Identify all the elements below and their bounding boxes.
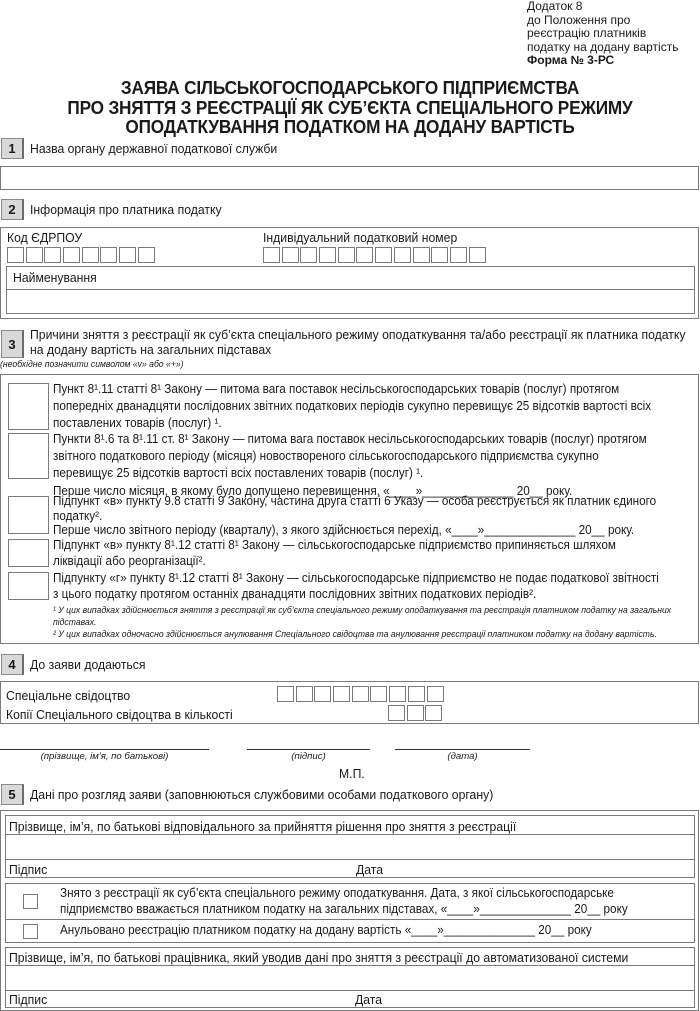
name-label: Найменування (13, 270, 97, 285)
reason-5-text: Підпункту «г» пункту 8¹.12 статті 8¹ Зак… (53, 570, 659, 602)
date-label-2: Дата (355, 992, 382, 1007)
edrpou-digit-cell[interactable] (138, 247, 155, 263)
vat-annulled-checkbox[interactable] (23, 924, 38, 939)
annex-line: Додаток 8 (527, 0, 678, 14)
divider (6, 990, 694, 991)
operator-name-field[interactable] (6, 966, 694, 990)
responsible-name-field[interactable] (6, 835, 694, 859)
responsible-block: Прізвище, ім’я, по батькові відповідальн… (5, 815, 695, 878)
operator-label: Прізвище, ім’я, по батькові працівника, … (9, 950, 628, 965)
edrpou-digit-cell[interactable] (26, 247, 43, 263)
reason-line: Пункт 8¹.11 статті 8¹ Закону — питома ва… (53, 381, 651, 398)
reason-date-line: Перше число звітного періоду (кварталу),… (53, 523, 656, 538)
reason-line: Підпункту «г» пункту 8¹.12 статті 8¹ Зак… (53, 570, 659, 586)
form-number: Форма № 3-РС (527, 54, 678, 68)
signature-caption: (підпис) (247, 751, 370, 762)
reason-2-text: Пункти 8¹.6 та 8¹.11 ст. 8¹ Закону — пит… (53, 431, 647, 500)
title-line: ПРО ЗНЯТТЯ З РЕЄСТРАЦІЇ ЯК СУБ’ЄКТА СПЕЦ… (25, 98, 676, 118)
section-title-1: Назва органу державної податкової служби (30, 141, 277, 156)
taxpayer-info-box: Код ЄДРПОУ Індивідуальний податковий ном… (0, 227, 699, 319)
certificate-label: Спеціальне свідоцтво (6, 688, 130, 703)
section-number-2: 2 (1, 199, 24, 220)
applicant-name-caption: (прізвище, ім'я, по батькові) (0, 751, 209, 762)
tax-authority-name-field[interactable] (0, 166, 699, 190)
certificate-digit-cell[interactable] (277, 686, 294, 702)
reason-4-checkbox[interactable] (8, 539, 49, 567)
reason-line: поставлених товарів (послуг) ¹. (53, 415, 651, 432)
ipn-digit-cell[interactable] (319, 247, 336, 263)
annex-header: Додаток 8 до Положення про реєстрацію пл… (527, 0, 678, 68)
ipn-digit-cell[interactable] (375, 247, 392, 263)
deregistered-checkbox[interactable] (23, 894, 38, 909)
reason-5-checkbox[interactable] (8, 572, 49, 600)
reason-line: з цього податку протягом останніх дванад… (53, 586, 659, 602)
certificate-digit-cell[interactable] (314, 686, 331, 702)
ipn-digit-cell[interactable] (469, 247, 486, 263)
reason-line: ліквідації або реорганізації². (53, 553, 616, 569)
certificate-digit-cell[interactable] (389, 686, 406, 702)
applicant-name-line[interactable] (0, 749, 209, 750)
section-title-3-line: Причини зняття з реєстрації як суб’єкта … (30, 327, 685, 342)
edrpou-code-field[interactable] (7, 247, 157, 263)
edrpou-digit-cell[interactable] (63, 247, 80, 263)
decisions-block: Знято з реєстрації як суб’єкта спеціальн… (5, 883, 695, 943)
ipn-digit-cell[interactable] (431, 247, 448, 263)
ipn-digit-cell[interactable] (450, 247, 467, 263)
section3-hint: (необхідне позначити символом «v» або «+… (0, 359, 184, 370)
divider (6, 859, 694, 860)
reason-line: Підпункт «в» пункту 8¹.12 статті 8¹ Зако… (53, 537, 616, 553)
section-number-3: 3 (1, 330, 24, 358)
reason-line: перевищує 25 відсотків вартості всіх пос… (53, 465, 647, 482)
annex-line: до Положення про (527, 14, 678, 28)
section-title-3: Причини зняття з реєстрації як суб’єкта … (30, 327, 685, 357)
certificate-digit-cell[interactable] (370, 686, 387, 702)
date-line[interactable] (395, 749, 530, 750)
reason-2-checkbox[interactable] (8, 433, 49, 479)
ipn-digit-cell[interactable] (356, 247, 373, 263)
copies-digit-cell[interactable] (407, 705, 424, 721)
reason-1-checkbox[interactable] (8, 383, 49, 430)
reason-3-text: Підпункт «в» пункту 9.8 статті 9 Закону,… (53, 494, 656, 538)
sign-label-2: Підпис (9, 992, 47, 1007)
reason-4-text: Підпункт «в» пункту 8¹.12 статті 8¹ Зако… (53, 537, 616, 569)
reason-line: Пункти 8¹.6 та 8¹.11 ст. 8¹ Закону — пит… (53, 431, 647, 448)
section-title-5: Дані про розгляд заяви (заповнюються слу… (30, 787, 493, 802)
document-title: ЗАЯВА СІЛЬСЬКОГОСПОДАРСЬКОГО ПІДПРИЄМСТВ… (25, 78, 676, 137)
copies-label: Копії Спеціального свідоцтва в кількості (6, 707, 233, 722)
copies-count-field[interactable] (388, 705, 444, 721)
section-title-2: Інформація про платника податку (30, 202, 222, 217)
ipn-digit-cell[interactable] (338, 247, 355, 263)
edrpou-digit-cell[interactable] (7, 247, 24, 263)
section-number-4: 4 (1, 654, 24, 675)
copies-digit-cell[interactable] (425, 705, 442, 721)
reason-line: попередніх дванадцяти послідовних звітни… (53, 398, 651, 415)
footnote-2: ² У цих випадках одночасно здійснюється … (53, 628, 671, 640)
responsible-label: Прізвище, ім’я, по батькові відповідальн… (9, 819, 516, 834)
footnote-1: ¹ У цих випадках здійснюється зняття з р… (53, 604, 671, 616)
certificate-digit-cell[interactable] (333, 686, 350, 702)
signature-line[interactable] (247, 749, 370, 750)
ipn-label: Індивідуальний податковий номер (263, 230, 457, 245)
ipn-digit-cell[interactable] (413, 247, 430, 263)
decision-line: Знято з реєстрації як суб’єкта спеціальн… (60, 885, 628, 901)
annex-line: реєстрацію платників (527, 27, 678, 41)
edrpou-digit-cell[interactable] (119, 247, 136, 263)
ipn-field[interactable] (263, 247, 487, 263)
name-label-row: Найменування (6, 266, 695, 290)
title-line: ЗАЯВА СІЛЬСЬКОГОСПОДАРСЬКОГО ПІДПРИЄМСТВ… (25, 78, 676, 98)
review-box: Прізвище, ім’я, по батькові відповідальн… (0, 810, 699, 1011)
ipn-digit-cell[interactable] (394, 247, 411, 263)
certificate-digit-cell[interactable] (408, 686, 425, 702)
footnotes: ¹ У цих випадках здійснюється зняття з р… (53, 604, 671, 640)
section-number-1: 1 (1, 138, 24, 159)
annex-line: податку на додану вартість (527, 41, 678, 55)
section-number-5: 5 (1, 784, 24, 805)
attachments-box: Спеціальне свідоцтво Копії Спеціального … (0, 681, 699, 724)
reason-line: звітного податкового періоду (місяця) но… (53, 448, 647, 465)
edrpou-digit-cell[interactable] (100, 247, 117, 263)
copies-digit-cell[interactable] (388, 705, 405, 721)
reasons-box: Пункт 8¹.11 статті 8¹ Закону — питома ва… (0, 374, 699, 644)
divider (6, 919, 694, 920)
operator-block: Прізвище, ім’я, по батькові працівника, … (5, 947, 695, 1008)
ipn-digit-cell[interactable] (300, 247, 317, 263)
certificate-digit-cell[interactable] (296, 686, 313, 702)
section-title-3-line: на додану вартість на загальних підстава… (30, 342, 685, 357)
edrpou-digit-cell[interactable] (44, 247, 61, 263)
vat-annulled-text: Анульовано реєстрацію платником податку … (60, 922, 592, 938)
section-title-4: До заяви додаються (30, 657, 146, 672)
ipn-digit-cell[interactable] (263, 247, 280, 263)
reason-3-checkbox[interactable] (8, 496, 49, 534)
reason-1-text: Пункт 8¹.11 статті 8¹ Закону — питома ва… (53, 381, 651, 432)
decision-line: підприємство вважається платником податк… (60, 901, 628, 917)
ipn-digit-cell[interactable] (282, 247, 299, 263)
sign-label: Підпис (9, 862, 47, 877)
certificate-digit-cell[interactable] (352, 686, 369, 702)
title-line: ОПОДАТКУВАННЯ ПОДАТКОМ НА ДОДАНУ ВАРТІСТ… (25, 117, 676, 137)
certificate-digit-cell[interactable] (427, 686, 444, 702)
edrpou-digit-cell[interactable] (82, 247, 99, 263)
date-caption: (дата) (395, 751, 530, 762)
certificate-number-field[interactable] (277, 686, 445, 702)
date-label: Дата (356, 862, 383, 877)
reason-line: Підпункт «в» пункту 9.8 статті 9 Закону,… (53, 494, 656, 509)
footnote-1-cont: підставах. (53, 616, 671, 628)
reason-line: податку². (53, 509, 656, 524)
taxpayer-name-field[interactable] (6, 289, 695, 314)
deregistered-text: Знято з реєстрації як суб’єкта спеціальн… (60, 885, 628, 917)
stamp-label: М.П. (339, 766, 365, 781)
edrpou-label: Код ЄДРПОУ (7, 230, 82, 245)
